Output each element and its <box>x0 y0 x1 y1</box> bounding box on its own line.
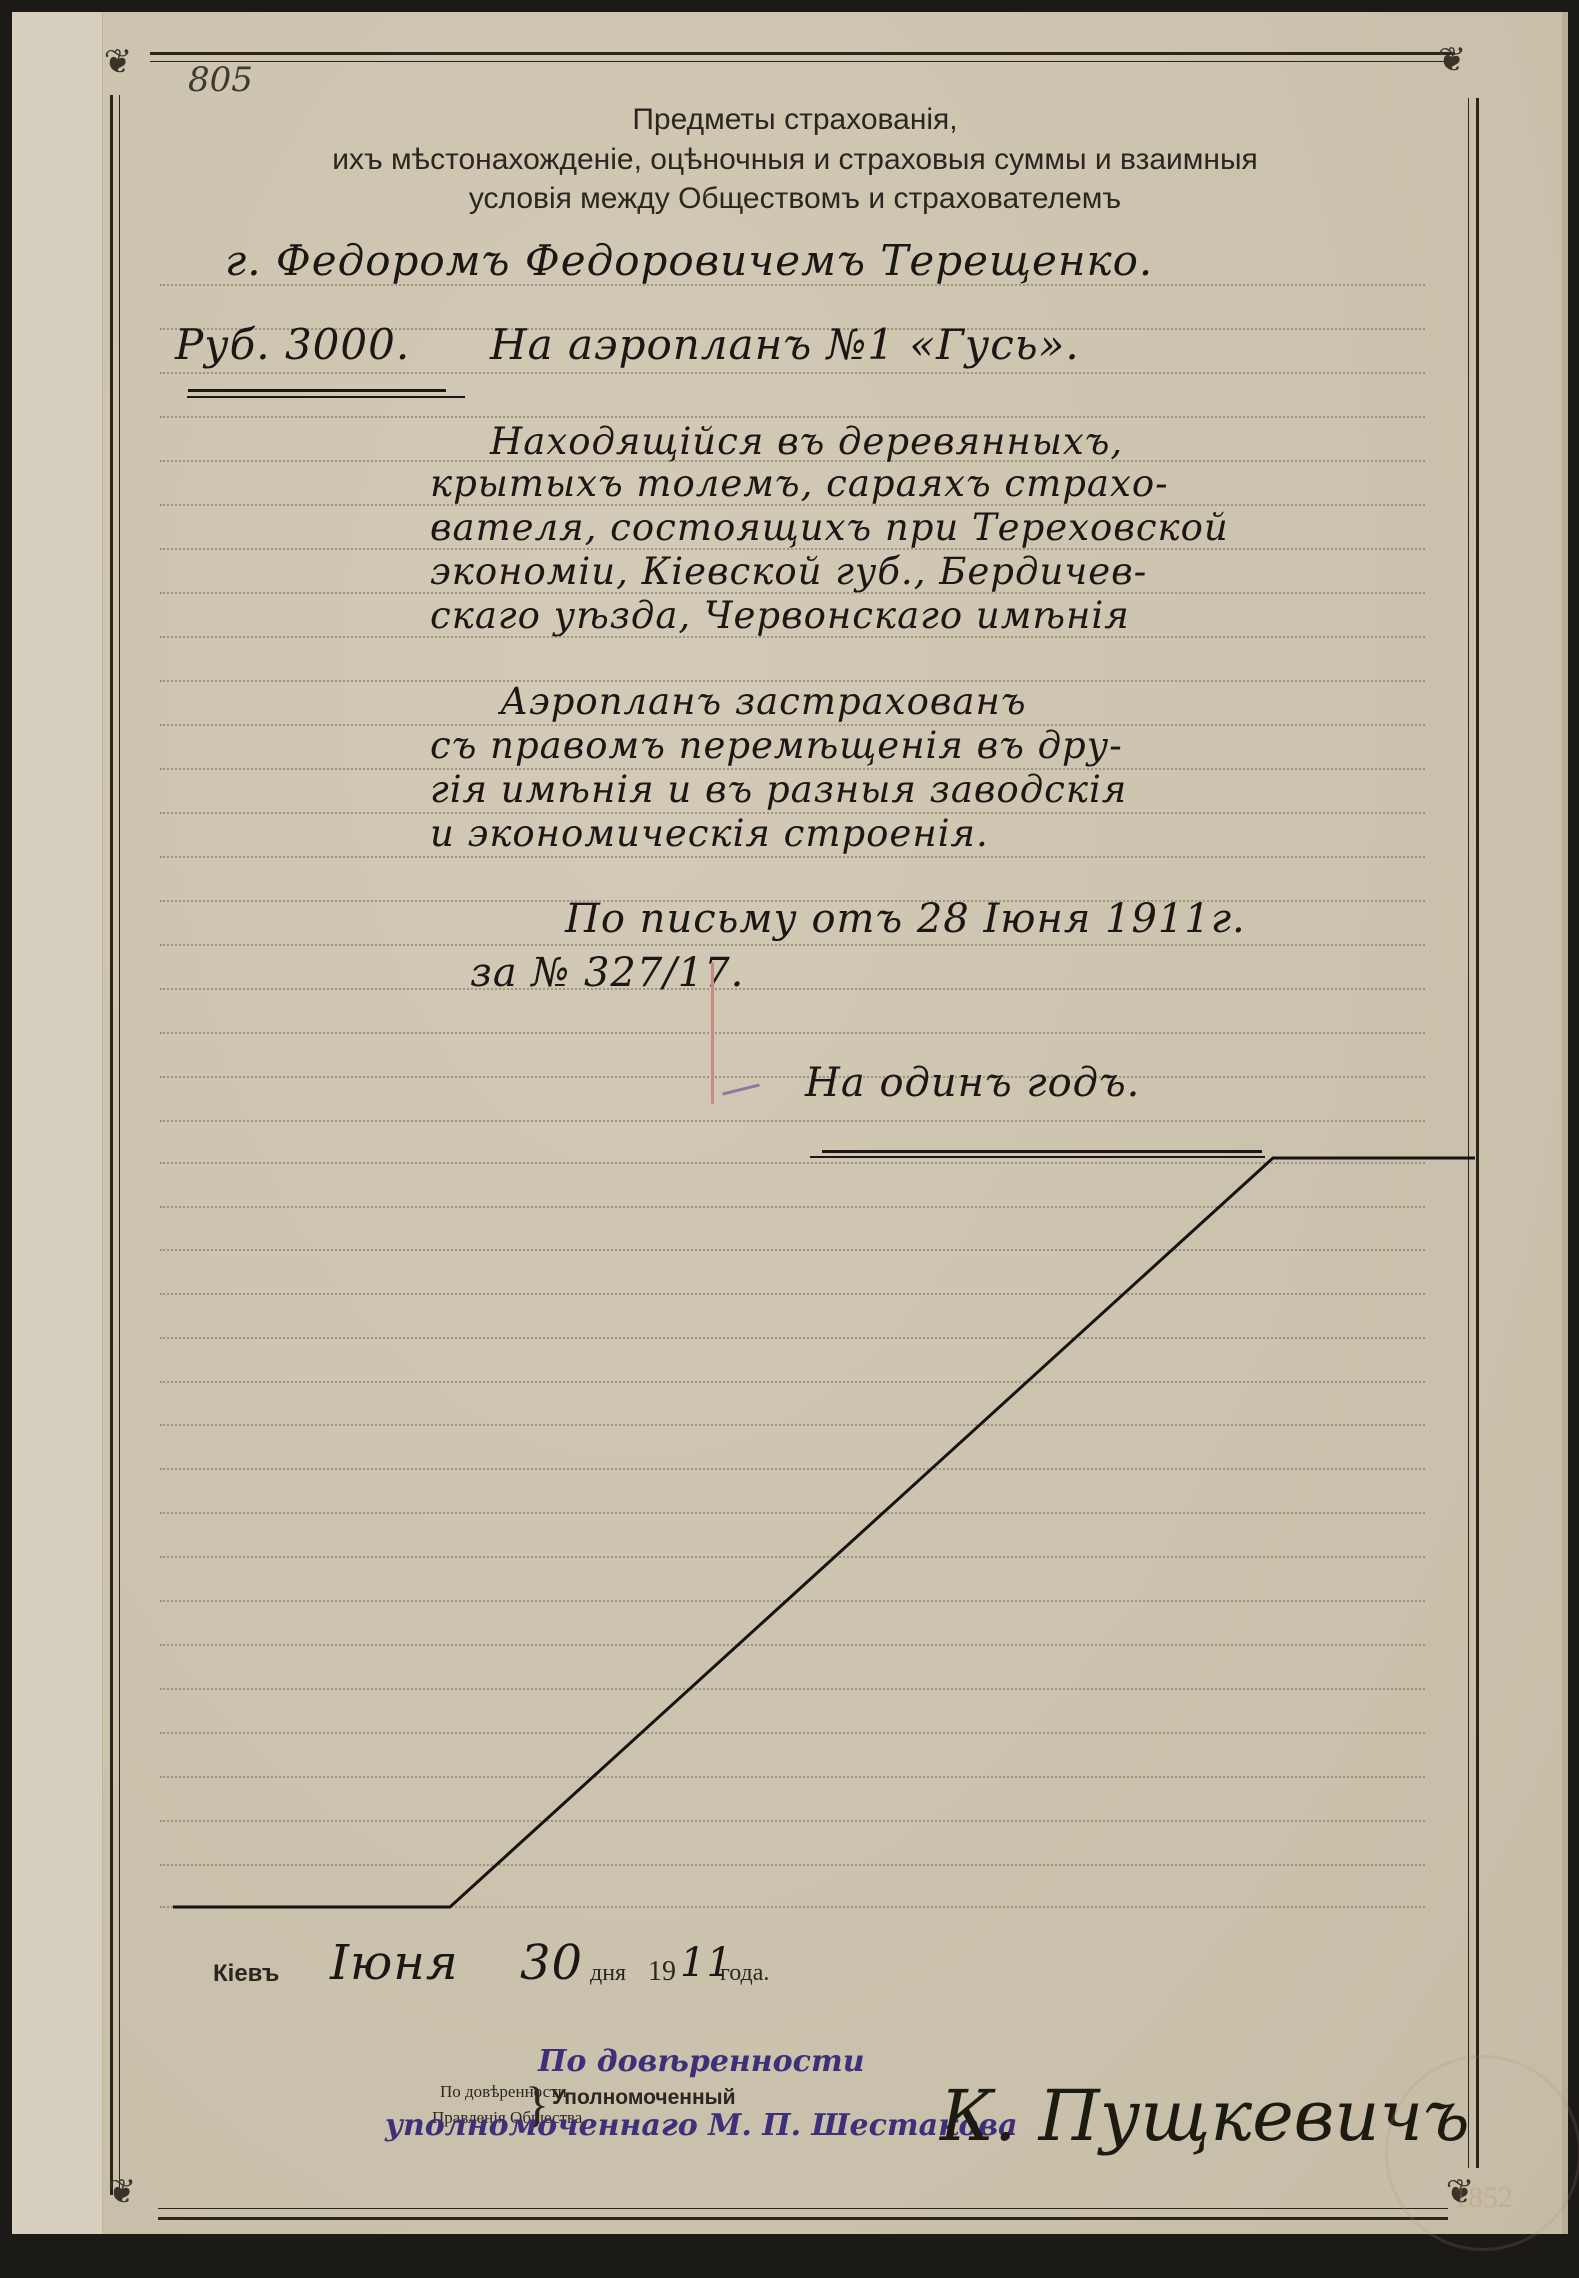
header-line-1: Предметы страхованія, <box>170 103 1420 137</box>
stamp-by-proxy: По довѣренности <box>538 2044 865 2079</box>
year-prefix: 19 <box>648 1956 676 1988</box>
date-month: Іюня <box>330 1935 459 1991</box>
frame-top-outer <box>150 52 1455 55</box>
stamp-authorized-agent: уполномоченнаго М. П. Шестакова <box>385 2108 1018 2143</box>
insured-name: г. Федоромъ Федоровичемъ Терещенко. <box>225 236 1153 285</box>
archive-number: 805 <box>188 60 253 100</box>
printed-role: Уполномоченный <box>552 2086 735 2110</box>
frame-bottom-inner <box>158 2208 1448 2209</box>
ornament-top-left-icon: ❦ <box>98 42 138 82</box>
term-underline-2 <box>810 1156 1265 1158</box>
frame-right-outer <box>1476 98 1479 2168</box>
letter-reference: По письму отъ 28 Іюня 1911г. <box>565 896 1246 942</box>
header-line-3: условія между Обществомъ и страхователем… <box>170 182 1420 216</box>
frame-bottom-outer <box>158 2217 1448 2220</box>
day-label: дня <box>590 1960 626 1987</box>
letter-number: за № 327/17. <box>470 950 744 996</box>
city-label: Кіевъ <box>213 1960 279 1988</box>
red-pencil-mark <box>711 962 714 1104</box>
sum-amount: Руб. 3000. <box>175 320 410 369</box>
frame-right-inner <box>1468 98 1469 2168</box>
frame-left-outer <box>110 95 113 2195</box>
frame-top-inner <box>150 61 1455 62</box>
term-underline <box>822 1150 1262 1153</box>
amount-underline <box>188 389 446 392</box>
frame-left-inner <box>119 95 120 2195</box>
insurance-term: На одинъ годъ. <box>805 1060 1140 1106</box>
ornament-bottom-left-icon: ❦ <box>102 2172 142 2212</box>
amount-underline-2 <box>187 396 465 398</box>
ornament-top-right-icon: ❦ <box>1432 40 1472 80</box>
date-day: 30 <box>520 1935 583 1991</box>
binding-seam <box>1562 12 1568 2234</box>
paper-fold-strip <box>12 12 103 2234</box>
library-seal: 1852 <box>1385 2055 1579 2251</box>
header-line-2: ихъ мѣстонахожденіе, оцѣночныя и страхов… <box>170 143 1420 177</box>
year-label: года. <box>720 1960 769 1987</box>
insured-object: На аэропланъ №1 «Гусь». <box>490 320 1080 369</box>
